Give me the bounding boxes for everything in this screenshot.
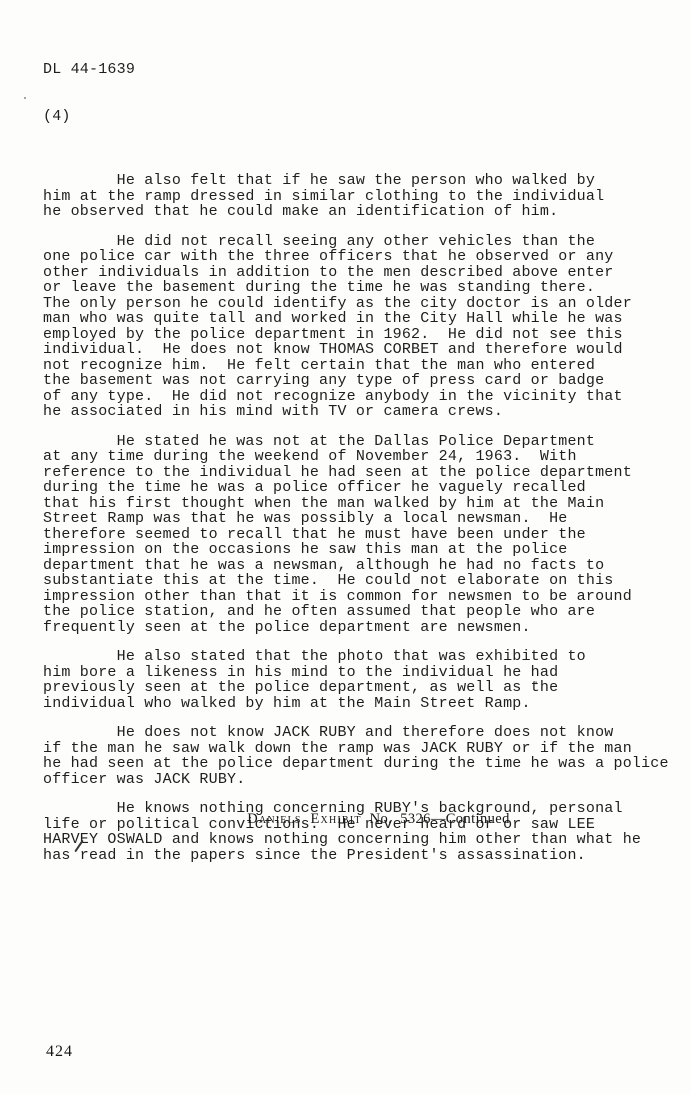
paragraph-photo-likeness: He also stated that the photo that was e…: [43, 649, 688, 711]
scanned-document-page: DL 44-1639 (4) He also felt that if he s…: [0, 0, 691, 1094]
page-marker: (4): [43, 109, 688, 125]
paragraph-identification: He also felt that if he saw the person w…: [43, 173, 688, 220]
exhibit-caption-number-continued: No. 5326—Continued: [362, 811, 510, 827]
file-number: DL 44-1639: [43, 62, 688, 78]
document-content: DL 44-1639 (4) He also felt that if he s…: [43, 31, 688, 877]
stray-apostrophe-artifact: ': [535, 678, 537, 693]
paragraph-dallas-police-department: He stated he was not at the Dallas Polic…: [43, 434, 688, 636]
paragraph-jack-ruby: He does not know JACK RUBY and therefore…: [43, 725, 688, 787]
page-number: 424: [46, 1043, 73, 1061]
document-header: DL 44-1639 (4): [43, 31, 688, 155]
exhibit-caption: Daniels Exhibit No. 5326—Continued: [0, 811, 691, 828]
ink-speck: [24, 97, 26, 99]
exhibit-caption-label: Daniels Exhibit: [247, 811, 361, 827]
paragraph-vehicles-basement: He did not recall seeing any other vehic…: [43, 234, 688, 420]
